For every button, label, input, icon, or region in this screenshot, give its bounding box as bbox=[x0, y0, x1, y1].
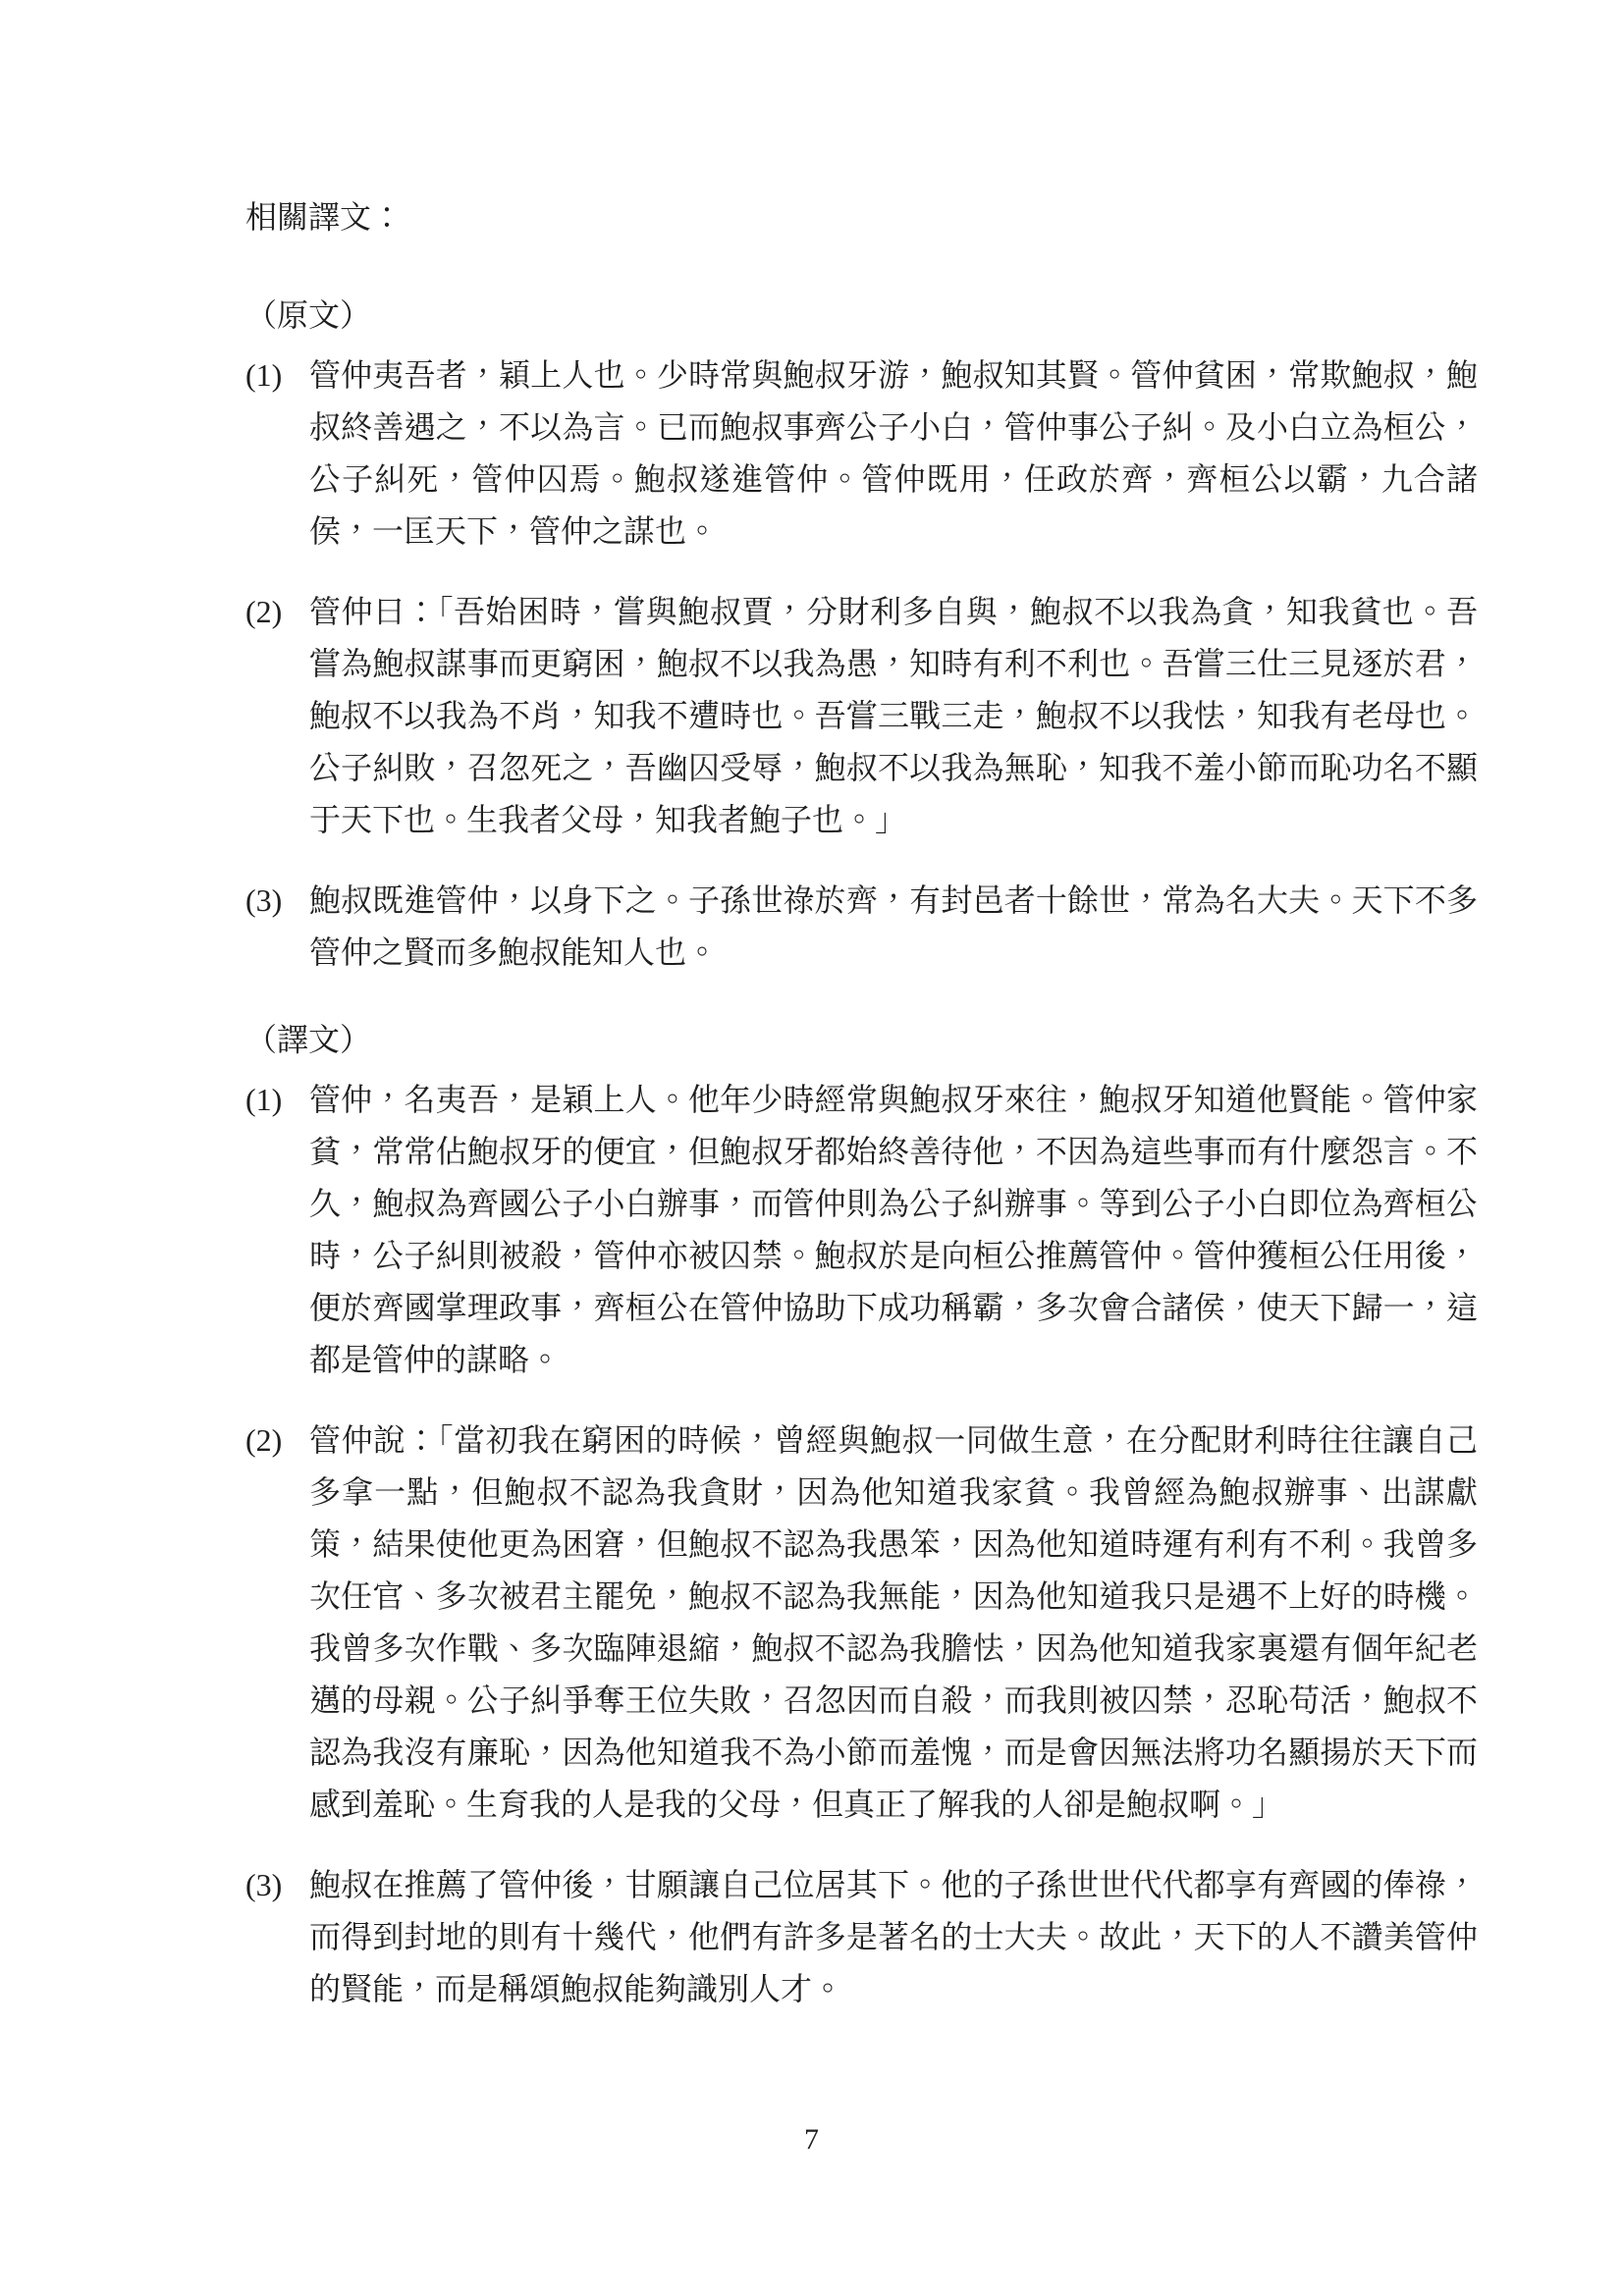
item-text: 鮑叔既進管仲，以身下之。子孫世祿於齊，有封邑者十餘世，常為名大夫。天下不多管仲之… bbox=[309, 875, 1478, 979]
item-number: (1) bbox=[245, 1074, 309, 1126]
list-item: (3) 鮑叔在推薦了管仲後，甘願讓自己位居其下。他的子孫世世代代都享有齊國的俸祿… bbox=[245, 1859, 1483, 2015]
item-text: 管仲說：「當初我在窮困的時候，曾經與鮑叔一同做生意，在分配財利時往往讓自己多拿一… bbox=[309, 1415, 1478, 1831]
section-heading-translation: （譯文） bbox=[245, 1014, 1483, 1066]
section-translated-text: （譯文） (1) 管仲，名夷吾，是穎上人。他年少時經常與鮑叔牙來往，鮑叔牙知道他… bbox=[245, 1014, 1483, 2015]
item-text: 管仲，名夷吾，是穎上人。他年少時經常與鮑叔牙來往，鮑叔牙知道他賢能。管仲家貧，常… bbox=[309, 1074, 1478, 1386]
page-title: 相關譯文： bbox=[245, 191, 1483, 243]
item-number: (3) bbox=[245, 875, 309, 927]
item-text: 鮑叔在推薦了管仲後，甘願讓自己位居其下。他的子孫世世代代都享有齊國的俸祿，而得到… bbox=[309, 1859, 1478, 2015]
list-item: (1) 管仲，名夷吾，是穎上人。他年少時經常與鮑叔牙來往，鮑叔牙知道他賢能。管仲… bbox=[245, 1074, 1483, 1386]
item-number: (1) bbox=[245, 349, 309, 401]
list-item: (2) 管仲說：「當初我在窮困的時候，曾經與鮑叔一同做生意，在分配財利時往往讓自… bbox=[245, 1415, 1483, 1831]
item-number: (2) bbox=[245, 586, 309, 638]
item-number: (2) bbox=[245, 1415, 309, 1467]
item-number: (3) bbox=[245, 1859, 309, 1911]
list-item: (2) 管仲曰：「吾始困時，嘗與鮑叔賈，分財利多自與，鮑叔不以我為貪，知我貧也。… bbox=[245, 586, 1483, 846]
section-original-text: （原文） (1) 管仲夷吾者，穎上人也。少時常與鮑叔牙游，鮑叔知其賢。管仲貧困，… bbox=[245, 290, 1483, 979]
page-content: 相關譯文： （原文） (1) 管仲夷吾者，穎上人也。少時常與鮑叔牙游，鮑叔知其賢… bbox=[245, 191, 1483, 2044]
list-item: (3) 鮑叔既進管仲，以身下之。子孫世祿於齊，有封邑者十餘世，常為名大夫。天下不… bbox=[245, 875, 1483, 979]
page-number: 7 bbox=[0, 2122, 1623, 2158]
document-page: 相關譯文： （原文） (1) 管仲夷吾者，穎上人也。少時常與鮑叔牙游，鮑叔知其賢… bbox=[0, 0, 1623, 2296]
section-heading-original: （原文） bbox=[245, 290, 1483, 342]
list-item: (1) 管仲夷吾者，穎上人也。少時常與鮑叔牙游，鮑叔知其賢。管仲貧困，常欺鮑叔，… bbox=[245, 349, 1483, 558]
item-text: 管仲曰：「吾始困時，嘗與鮑叔賈，分財利多自與，鮑叔不以我為貪，知我貧也。吾嘗為鮑… bbox=[309, 586, 1478, 846]
item-text: 管仲夷吾者，穎上人也。少時常與鮑叔牙游，鮑叔知其賢。管仲貧困，常欺鮑叔，鮑叔終善… bbox=[309, 349, 1478, 558]
